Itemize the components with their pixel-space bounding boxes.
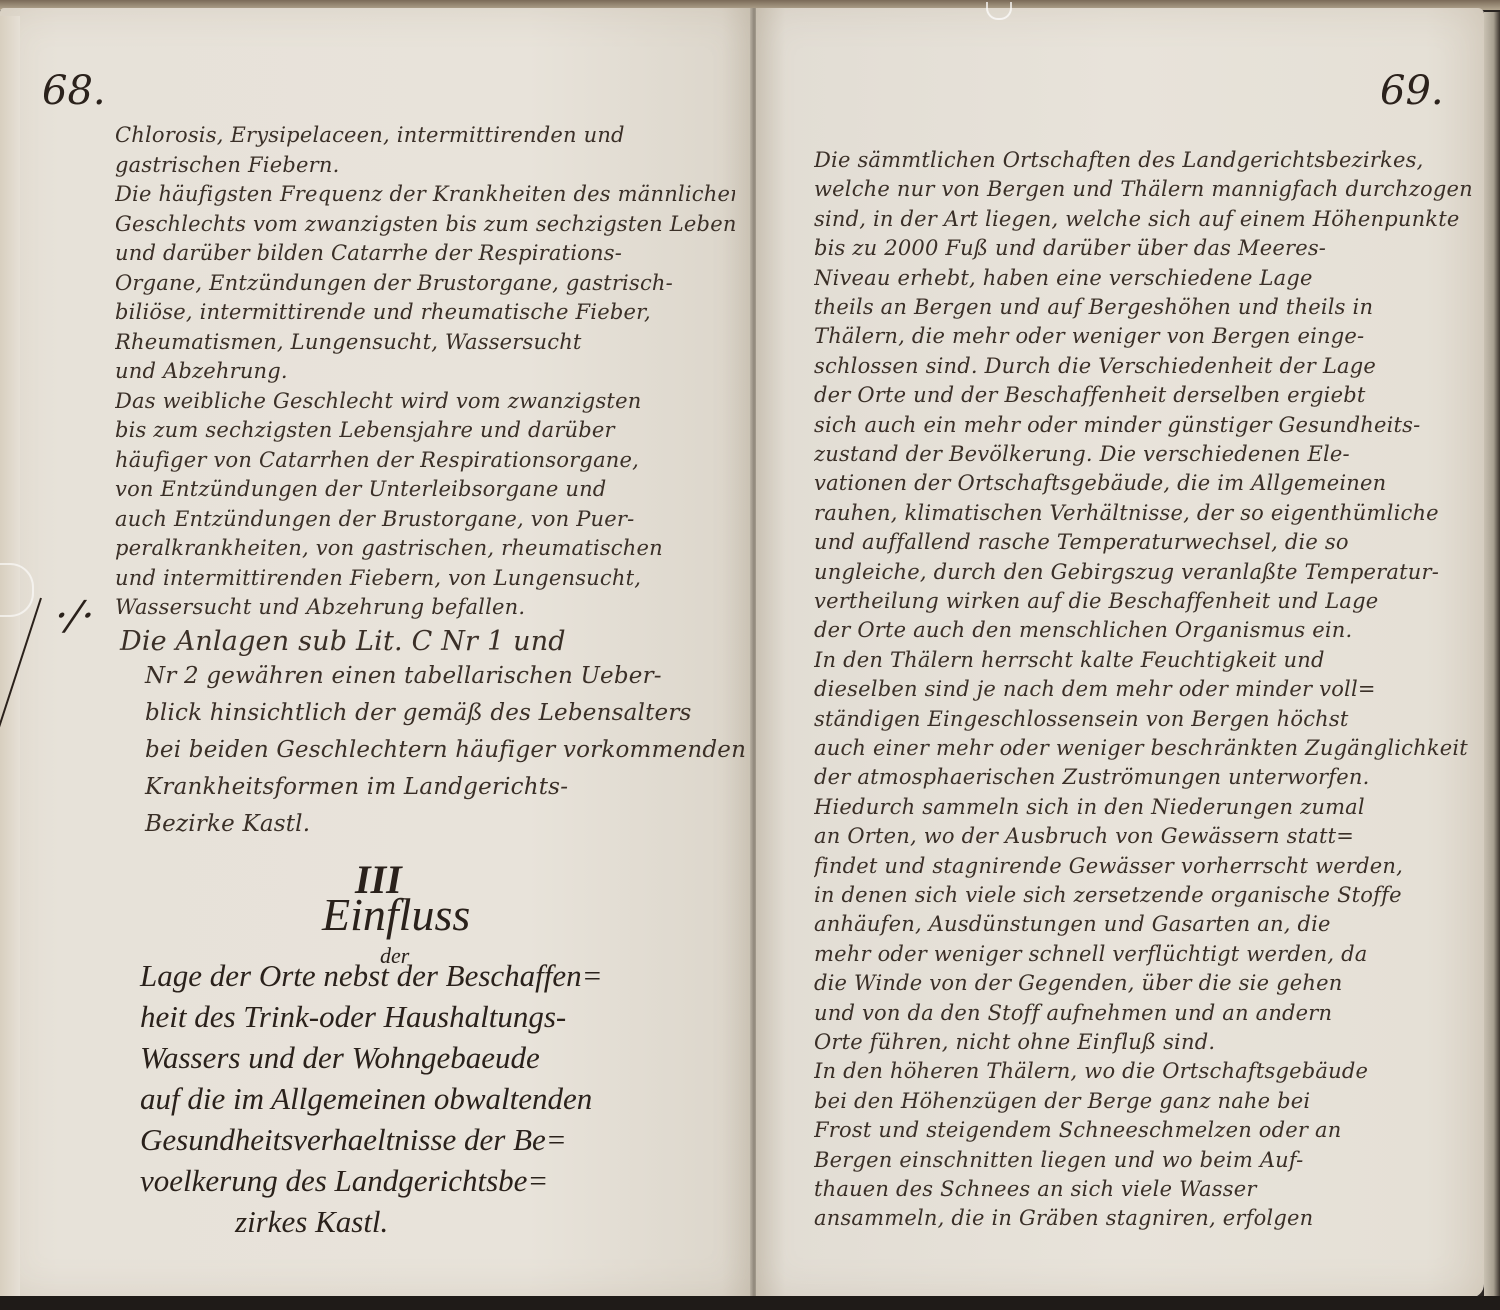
paper-clip <box>0 563 34 617</box>
manuscript-line: vertheilung wirken auf die Beschaffenhei… <box>814 589 1474 613</box>
manuscript-line: anhäufen, Ausdünstungen und Gasarten an,… <box>814 912 1474 936</box>
right-page: 69. Die sämmtlichen Ortschaften des Land… <box>756 8 1484 1298</box>
manuscript-line: sich auch ein mehr oder minder günstiger… <box>814 413 1474 437</box>
manuscript-line: gastrischen Fiebern. <box>115 153 735 177</box>
manuscript-line: bis zu 2000 Fuß und darüber über das Mee… <box>814 236 1474 260</box>
manuscript-line: theils an Bergen und auf Bergeshöhen und… <box>814 295 1474 319</box>
manuscript-line: In den Thälern herrscht kalte Feuchtigke… <box>814 648 1474 672</box>
manuscript-line: auch Entzündungen der Brustorgane, von P… <box>115 507 735 531</box>
manuscript-line: zustand der Bevölkerung. Die verschieden… <box>814 442 1474 466</box>
manuscript-line: mehr oder weniger schnell verflüchtigt w… <box>814 942 1474 966</box>
manuscript-line: Frost und steigendem Schneeschmelzen ode… <box>814 1118 1474 1142</box>
manuscript-line: und intermittirenden Fiebern, von Lungen… <box>115 566 735 590</box>
manuscript-line: biliöse, intermittirende und rheumatisch… <box>115 300 735 324</box>
manuscript-line: welche nur von Bergen und Thälern mannig… <box>814 177 1474 201</box>
section-heading-line: heit des Trink-oder Haushaltungs- <box>140 999 566 1035</box>
manuscript-line: Krankheitsformen im Landgerichts- <box>145 774 568 800</box>
left-page: 68. Chlorosis, Erysipelaceen, intermitti… <box>0 8 752 1298</box>
manuscript-line: an Orten, wo der Ausbruch von Gewässern … <box>814 824 1474 848</box>
manuscript-line: Organe, Entzündungen der Brustorgane, ga… <box>115 271 735 295</box>
manuscript-line: bis zum sechzigsten Lebensjahre und darü… <box>115 418 735 442</box>
left-page-edge <box>0 16 20 1306</box>
manuscript-line: dieselben sind je nach dem mehr oder min… <box>814 677 1474 701</box>
section-heading-line: voelkerung des Landgerichtsbe= <box>140 1163 548 1199</box>
manuscript-line: und auffallend rasche Temperaturwechsel,… <box>814 530 1474 554</box>
manuscript-line: auch einer mehr oder weniger beschränkte… <box>814 736 1474 760</box>
section-heading-line: Lage der Orte nebst der Beschaffen= <box>140 958 603 994</box>
manuscript-line: Die sämmtlichen Ortschaften des Landgeri… <box>814 148 1474 172</box>
manuscript-line: bei den Höhenzügen der Berge ganz nahe b… <box>814 1089 1474 1113</box>
manuscript-line: häufiger von Catarrhen der Respirationso… <box>115 448 735 472</box>
manuscript-line: In den höheren Thälern, wo die Ortschaft… <box>814 1059 1474 1083</box>
manuscript-line: Das weibliche Geschlecht wird vom zwanzi… <box>115 389 735 413</box>
manuscript-line: blick hinsichtlich der gemäß des Lebensa… <box>145 700 692 726</box>
manuscript-line: Bergen einschnitten liegen und wo beim A… <box>814 1148 1474 1172</box>
section-heading-line: Wassers und der Wohngebaeude <box>140 1040 540 1076</box>
manuscript-line: findet und stagnirende Gewässer vorherrs… <box>814 854 1474 878</box>
manuscript-line: ansammeln, die in Gräben stagniren, erfo… <box>814 1206 1474 1230</box>
section-heading-line: auf die im Allgemeinen obwaltenden <box>140 1081 592 1117</box>
manuscript-line: schlossen sind. Durch die Verschiedenhei… <box>814 354 1474 378</box>
manuscript-line: Thälern, die mehr oder weniger von Berge… <box>814 324 1474 348</box>
manuscript-line: Nr 2 gewähren einen tabellarischen Ueber… <box>145 663 662 689</box>
manuscript-line: peralkrankheiten, von gastrischen, rheum… <box>115 536 735 560</box>
manuscript-line: von Entzündungen der Unterleibsorgane un… <box>115 477 735 501</box>
manuscript-line: Bezirke Kastl. <box>145 811 310 837</box>
section-heading-line: Gesundheitsverhaeltnisse der Be= <box>140 1122 567 1158</box>
manuscript-line: Wassersucht und Abzehrung befallen. <box>115 595 735 619</box>
manuscript-line: in denen sich viele sich zersetzende org… <box>814 883 1474 907</box>
margin-mark: ·/· <box>47 593 103 639</box>
manuscript-line: und von da den Stoff aufnehmen und an an… <box>814 1001 1474 1025</box>
manuscript-line: der Orte und der Beschaffenheit derselbe… <box>814 383 1474 407</box>
manuscript-line: und Abzehrung. <box>115 359 735 383</box>
manuscript-line: und darüber bilden Catarrhe der Respirat… <box>115 241 735 265</box>
manuscript-line: Die Anlagen sub Lit. C Nr 1 und <box>120 626 566 657</box>
manuscript-line: Geschlechts vom zwanzigsten bis zum sech… <box>115 212 735 236</box>
manuscript-line: ungleiche, durch den Gebirgszug veranlaß… <box>814 560 1474 584</box>
manuscript-line: sind, in der Art liegen, welche sich auf… <box>814 207 1474 231</box>
manuscript-line: Chlorosis, Erysipelaceen, intermittirend… <box>115 123 735 147</box>
manuscript-line: Hiedurch sammeln sich in den Niederungen… <box>814 795 1474 819</box>
manuscript-line: bei beiden Geschlechtern häufiger vorkom… <box>145 737 746 763</box>
section-heading-line: zirkes Kastl. <box>235 1204 388 1240</box>
manuscript-line: Orte führen, nicht ohne Einfluß sind. <box>814 1030 1474 1054</box>
manuscript-line: Niveau erhebt, haben eine verschiedene L… <box>814 266 1474 290</box>
manuscript-line: vationen der Ortschaftsgebäude, die im A… <box>814 471 1474 495</box>
manuscript-line: thauen des Schnees an sich viele Wasser <box>814 1177 1474 1201</box>
manuscript-spread: 68. Chlorosis, Erysipelaceen, intermitti… <box>0 0 1500 1300</box>
manuscript-line: der Orte auch den menschlichen Organismu… <box>814 618 1474 642</box>
manuscript-line: ständigen Eingeschlossensein von Bergen … <box>814 707 1474 731</box>
page-number-right: 69. <box>1380 68 1444 114</box>
book-bottom-edge <box>0 1296 1500 1310</box>
page-stack-edge <box>1484 12 1500 1297</box>
manuscript-line: Rheumatismen, Lungensucht, Wassersucht <box>115 330 735 354</box>
page-number-left: 68. <box>42 68 106 114</box>
manuscript-line: rauhen, klimatischen Verhältnisse, der s… <box>814 501 1474 525</box>
manuscript-line: Die häufigsten Frequenz der Krankheiten … <box>115 182 735 206</box>
manuscript-line: die Winde von der Gegenden, über die sie… <box>814 971 1474 995</box>
section-title: Einfluss <box>322 888 470 941</box>
manuscript-line: der atmosphaerischen Zuströmungen unterw… <box>814 765 1474 789</box>
